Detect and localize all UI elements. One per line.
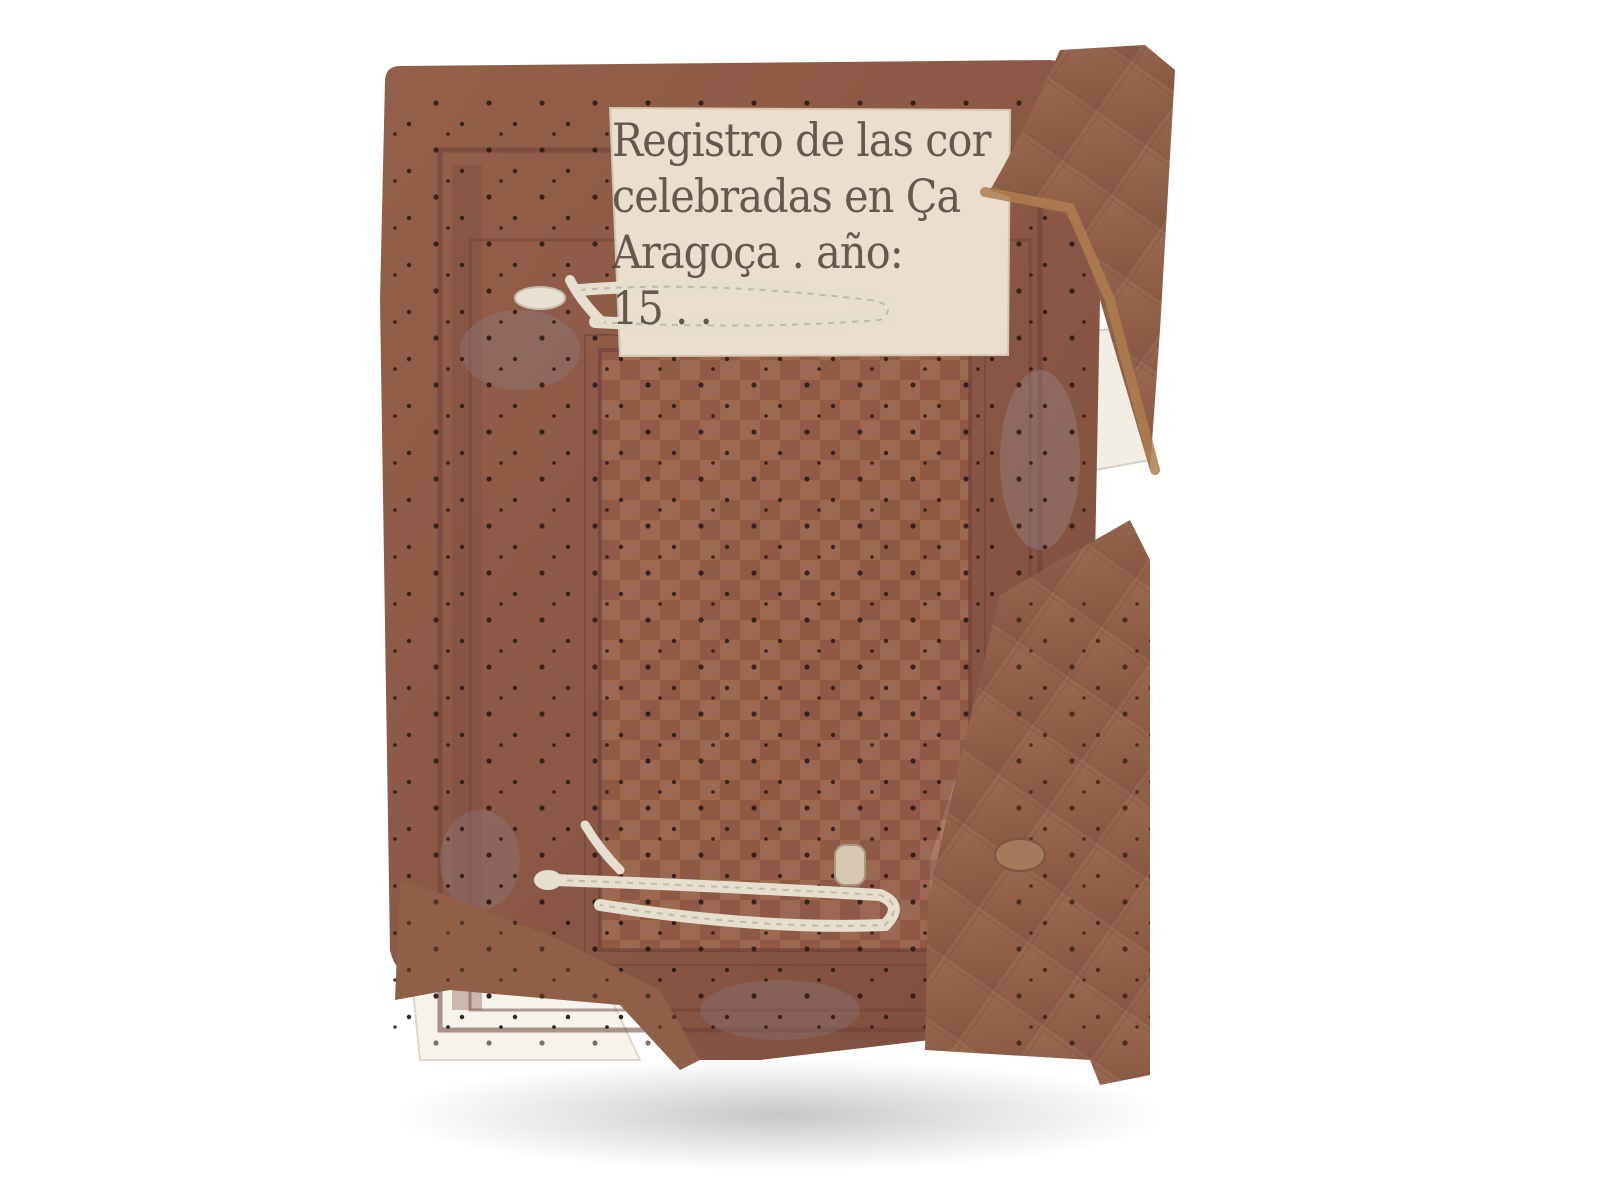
book-label: Registro de las cor celebradas en Ça Ara… [612,112,1012,362]
book-photo: Registro de las cor celebradas en Ça Ara… [0,0,1600,1200]
label-line-1: Registro de las cor [612,112,972,168]
label-line-2: celebradas en Ça [612,168,972,224]
label-line-3: Aragoça . año: [612,224,972,280]
label-line-4: 15 . . [612,280,972,336]
